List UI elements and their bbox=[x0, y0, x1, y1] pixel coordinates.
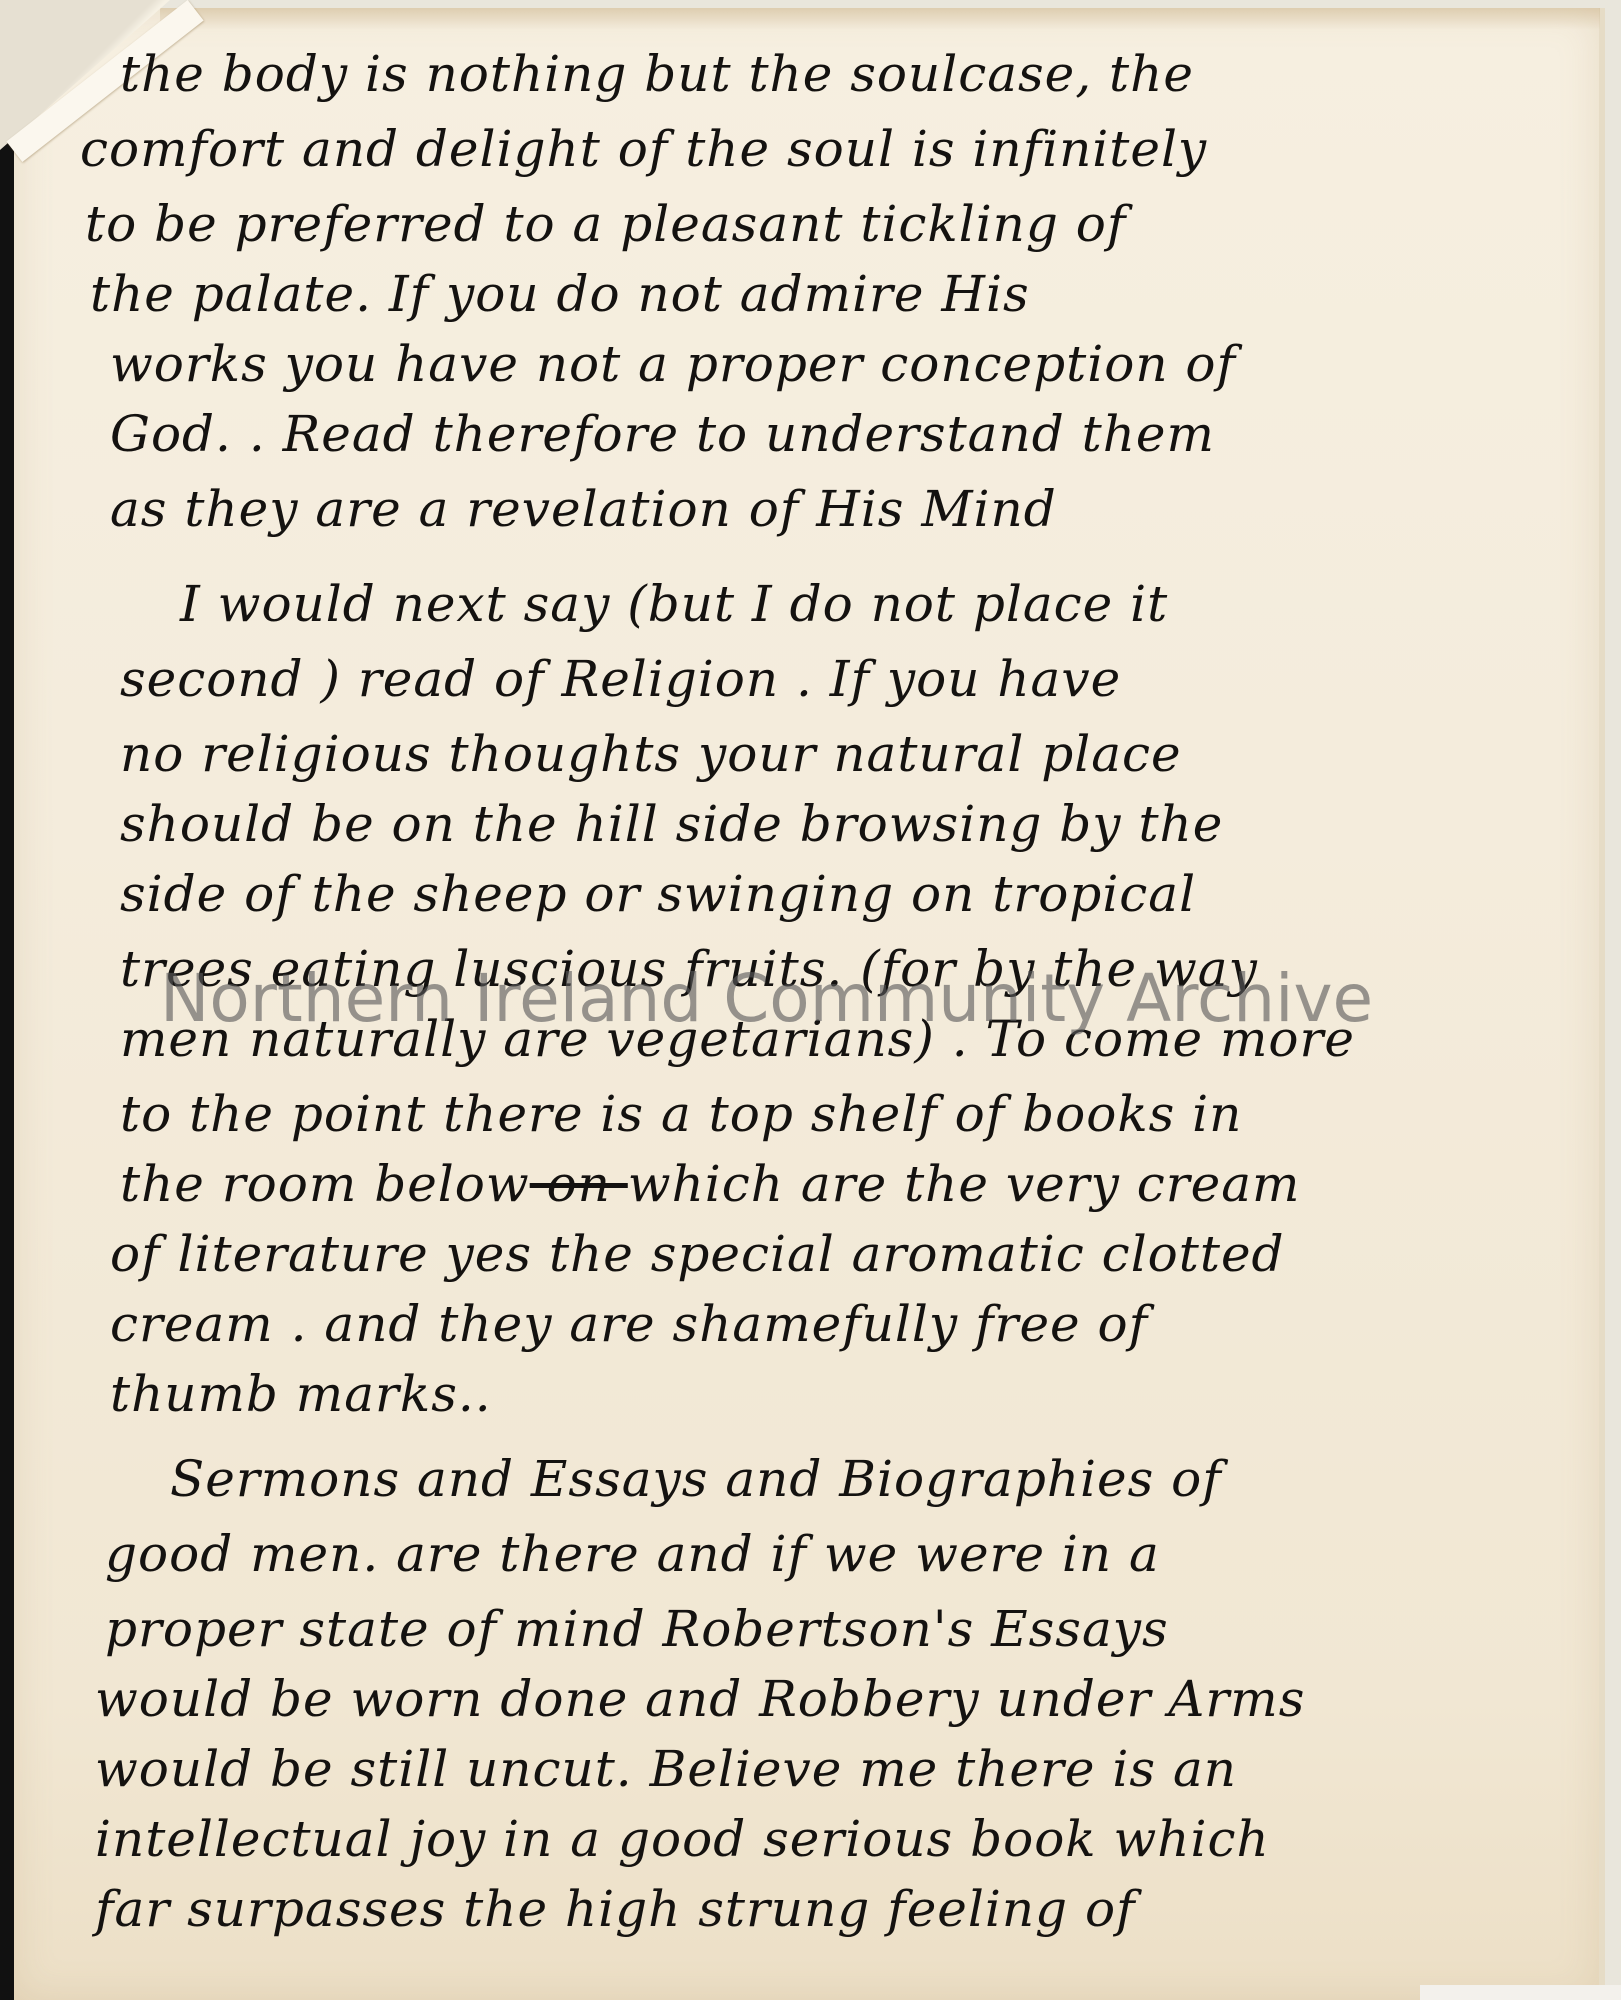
text-line: would be worn done and Robbery under Arm… bbox=[95, 1665, 1305, 1733]
text-line: would be still uncut. Believe me there i… bbox=[95, 1735, 1237, 1803]
text-line: intellectual joy in a good serious book … bbox=[95, 1805, 1270, 1873]
text-line: thumb marks.. bbox=[110, 1360, 492, 1428]
text-line: comfort and delight of the soul is infin… bbox=[80, 115, 1207, 183]
text-line: good men. are there and if we were in a bbox=[105, 1520, 1160, 1588]
text-line: to the point there is a top shelf of boo… bbox=[120, 1080, 1242, 1148]
text-line: I would next say (but I do not place it bbox=[180, 570, 1168, 638]
archive-watermark: Northern Ireland Community Archive bbox=[160, 960, 1500, 1037]
text-line: side of the sheep or swinging on tropica… bbox=[120, 860, 1196, 928]
text-line: the body is nothing but the soulcase, th… bbox=[120, 40, 1194, 108]
text-line: works you have not a proper conception o… bbox=[110, 330, 1236, 398]
text-line: should be on the hill side browsing by t… bbox=[120, 790, 1223, 858]
text-line: to be preferred to a pleasant tickling o… bbox=[85, 190, 1126, 258]
struck-out-word: on bbox=[530, 1155, 628, 1213]
text-line: second ) read of Religion . If you have bbox=[120, 645, 1121, 713]
text-line: the room below on which are the very cre… bbox=[120, 1150, 1300, 1218]
text-line: as they are a revelation of His Mind bbox=[110, 475, 1057, 543]
text-line: proper state of mind Robertson's Essays bbox=[105, 1595, 1169, 1663]
text-line: of literature yes the special aromatic c… bbox=[110, 1220, 1285, 1288]
text-line: no religious thoughts your natural place bbox=[120, 720, 1182, 788]
text-line: Sermons and Essays and Biographies of bbox=[170, 1445, 1222, 1513]
paper-stain bbox=[160, 8, 1600, 30]
text-line: the palate. If you do not admire His bbox=[90, 260, 1030, 328]
text-line: God. . Read therefore to understand them bbox=[110, 400, 1215, 468]
torn-edge bbox=[1420, 1985, 1621, 2000]
text-line: cream . and they are shamefully free of bbox=[110, 1290, 1148, 1358]
text-line: far surpasses the high strung feeling of bbox=[95, 1875, 1136, 1943]
